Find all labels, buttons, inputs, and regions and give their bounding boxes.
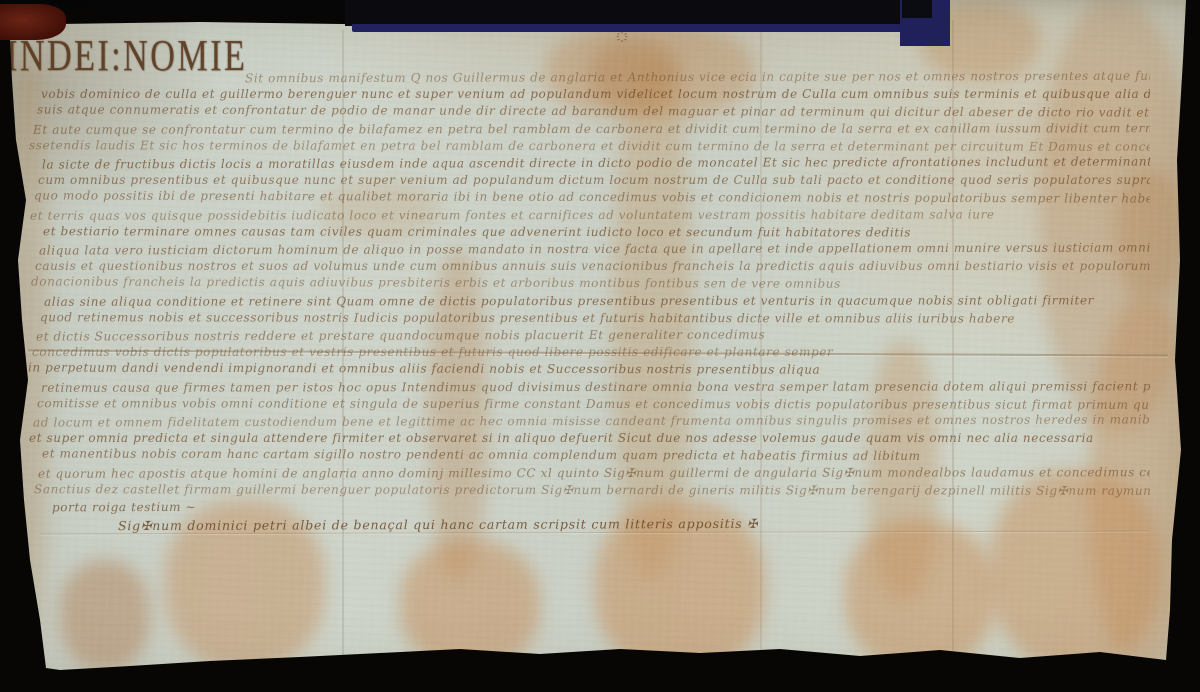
text-line: et dictis Successoribus nostris reddere … [36, 326, 1150, 343]
stain [990, 470, 1160, 670]
text-line: ssetendis laudis Et sic hos terminos de … [29, 138, 1150, 154]
scribe-signature-line: Sig✠num dominici petri albei de benaçal … [118, 516, 758, 533]
stain [400, 540, 540, 670]
text-line: aliqua lata vero iusticiam dictorum homi… [39, 240, 1150, 257]
top-mat-black-strip [345, 0, 950, 26]
text-line: cum omnibus presentibus et quibusque nun… [38, 173, 1150, 187]
text-line: quod retinemus nobis et successoribus no… [40, 310, 1150, 326]
text-line: quo modo possitis ibi de presenti habita… [34, 189, 1150, 206]
parchment-sheet: INDEI:NOMIE Sit omnibus manifestum Q nos… [0, 0, 1200, 692]
charter-opening-heading: INDEI:NOMIE [6, 34, 247, 78]
text-line: alias sine aliqua conditione et retinere… [44, 293, 1150, 309]
text-line: et super omnia predicta et singula atten… [29, 431, 1150, 445]
horizontal-fold-crease [28, 350, 1168, 357]
stain [320, 180, 440, 240]
charter-photograph: INDEI:NOMIE Sit omnibus manifestum Q nos… [0, 0, 1200, 692]
text-line: ad locum et omnem fidelitatem custodiend… [33, 412, 1150, 429]
stain [845, 520, 995, 670]
text-line: causis et questionibus nostros et suos a… [35, 259, 1150, 273]
stain [1115, 170, 1185, 300]
background-cloth-corner [0, 4, 66, 40]
text-line: concedimus vobis dictis populatoribus et… [32, 345, 1150, 359]
text-line: Sanctius dez castellet firmam guillermi … [34, 482, 1150, 498]
stain [60, 560, 150, 670]
text-line: et quorum hec apostis atque homini de an… [38, 465, 1150, 481]
stain [8, 60, 48, 660]
text-line: Et aute cumque se confrontatur cum termi… [33, 121, 1150, 137]
text-line: retinemus causa que firmes tamen per ist… [41, 379, 1150, 395]
text-line: la sicte de fructibus dictis locis a mor… [42, 154, 1150, 171]
text-line: comitisse et omnibus vobis omni conditio… [37, 396, 1150, 412]
text-line: donacionibus francheis la predictis aqui… [31, 275, 1150, 292]
text-line: in perpetuum dandi vendendi impignorandi… [28, 361, 1150, 378]
text-line: et manentibus nobis coram hanc cartam si… [42, 447, 1150, 464]
text-line: et bestiario terminare omnes causas tam … [43, 224, 1150, 240]
top-mat-navy-corner-shadow [902, 0, 932, 18]
top-mat-navy-edge [352, 24, 908, 32]
text-line: et terris quas vos quisque possidebitis … [30, 207, 1150, 223]
vertical-fold-crease [342, 30, 344, 665]
